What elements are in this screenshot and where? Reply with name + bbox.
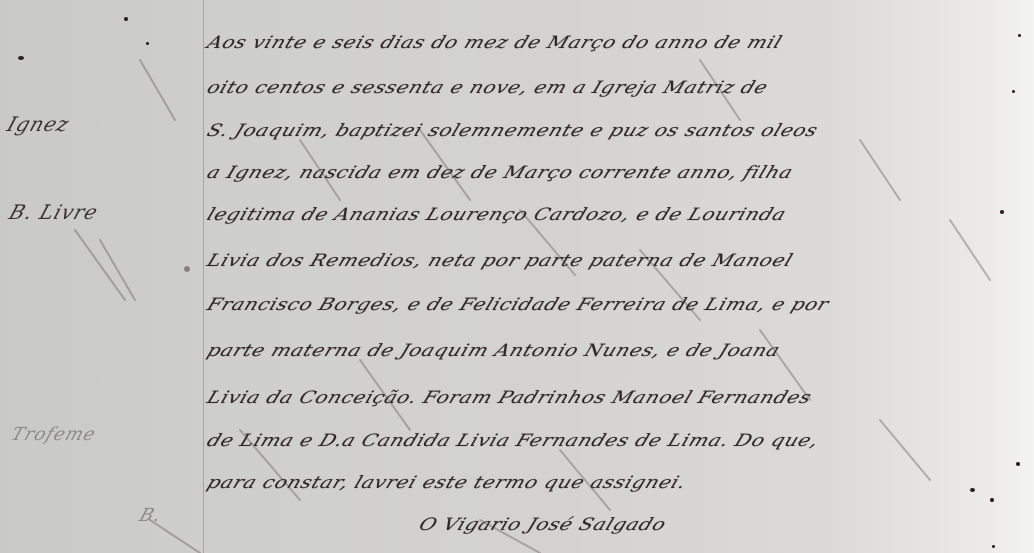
ink-spot <box>992 545 995 548</box>
entry-line-1: Aos vinte e seis dias do mez de Março do… <box>204 32 991 52</box>
ink-spot <box>184 266 190 272</box>
entry-line-10: de Lima e D.a Candida Livia Fernandes de… <box>204 430 991 450</box>
register-page: Ignez B. Livre Trofeme B. Aos vinte e se… <box>0 0 1034 553</box>
ink-spot <box>990 498 994 502</box>
entry-line-6: Livia dos Remedios, neta por parte pater… <box>204 250 991 270</box>
ink-spot <box>1012 90 1015 93</box>
ink-spot <box>1016 462 1020 466</box>
entry-line-2: oito centos e sessenta e nove, em a Igre… <box>204 77 991 97</box>
margin-note-faint-2: B. <box>137 505 165 526</box>
entry-line-5: legitima de Ananias Lourenço Cardozo, e … <box>204 204 991 224</box>
ink-spot <box>1000 210 1004 214</box>
entry-line-3: S. Joaquim, baptizei solemnemente e puz … <box>204 120 991 140</box>
margin-note-name: Ignez <box>4 112 73 136</box>
ink-spot <box>970 488 975 492</box>
entry-line-9: Livia da Conceição. Foram Padrinhos Mano… <box>204 387 991 407</box>
margin-note-status: B. Livre <box>6 200 102 224</box>
margin-ruling-line <box>203 0 204 553</box>
margin-note-faint-1: Trofeme <box>9 424 99 445</box>
ink-spot <box>146 42 149 45</box>
entry-line-8: parte materna de Joaquim Antonio Nunes, … <box>204 340 991 360</box>
entry-line-7: Francisco Borges, e de Felicidade Ferrei… <box>204 294 991 314</box>
signature-line: O Vigario José Salgado <box>416 514 1034 534</box>
ink-spot <box>18 56 24 60</box>
ink-spot <box>1018 34 1021 37</box>
entry-line-4: a Ignez, nascida em dez de Março corrent… <box>204 162 991 182</box>
entry-line-11: para constar, lavrei este termo que assi… <box>204 472 991 492</box>
ink-spot <box>124 17 128 21</box>
